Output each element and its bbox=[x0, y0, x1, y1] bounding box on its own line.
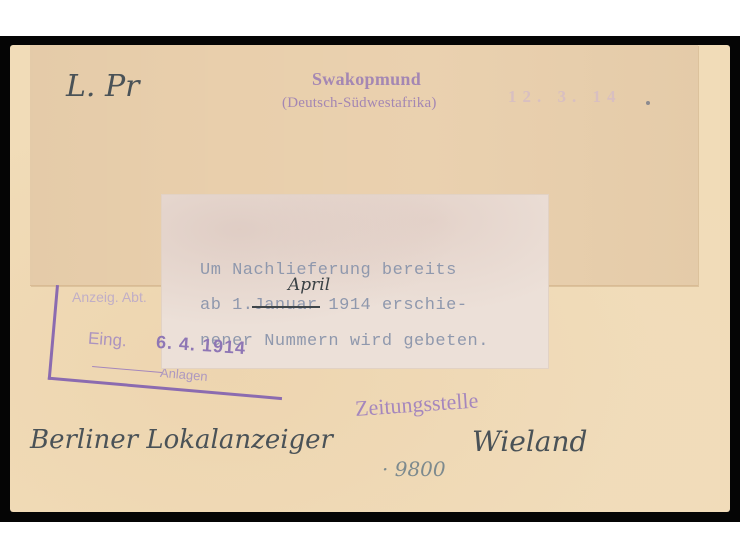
receipt-stamp-header: Anzeig. Abt. bbox=[72, 289, 147, 305]
postmark-city: Swakopmund bbox=[312, 69, 421, 90]
postal-card: L. Pr Swakopmund (Deutsch-Südwestafrika)… bbox=[10, 45, 730, 512]
department-stamp: Zeitungsstelle bbox=[354, 387, 479, 422]
label-line-2: ab 1.Januar 1914 erschie- bbox=[200, 296, 468, 315]
postmark-date: 12. 3. 14 bbox=[508, 87, 622, 107]
postmark-region: (Deutsch-Südwestafrika) bbox=[282, 95, 437, 112]
struck-word: Januar bbox=[254, 296, 318, 315]
receipt-stamp-label: Eing. bbox=[87, 329, 127, 352]
handwritten-number: · 9800 bbox=[382, 457, 446, 481]
label-line-2-suffix: 1914 erschie- bbox=[318, 296, 468, 315]
handwritten-newspaper-name: Berliner Lokalanzeiger bbox=[30, 425, 333, 455]
signature: Wieland bbox=[472, 425, 587, 458]
handwritten-correction: April bbox=[288, 275, 330, 295]
handwritten-top-note: L. Pr bbox=[66, 69, 140, 104]
ink-dot bbox=[646, 101, 650, 105]
label-line-2-prefix: ab 1. bbox=[200, 296, 254, 315]
